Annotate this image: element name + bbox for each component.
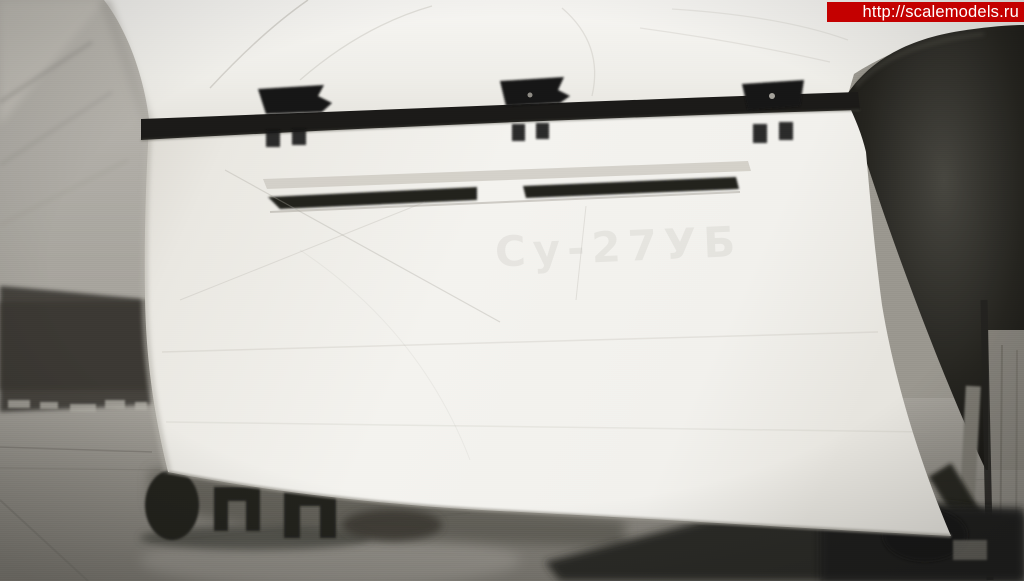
watermark-url: http://scalemodels.ru [863, 3, 1019, 21]
photo-frame: Су-27УБ [0, 0, 1024, 581]
photo-canvas: Су-27УБ [0, 0, 1024, 581]
gear-door-panel: Су-27УБ [145, 97, 951, 536]
trolley-wheel [145, 470, 199, 540]
bracket-bolt [769, 93, 775, 99]
treeline-background [0, 286, 152, 412]
watermark-bar: http://scalemodels.ru [827, 2, 1024, 22]
bracket-bolt [528, 93, 533, 98]
trolley-shadow-blob [342, 509, 442, 541]
